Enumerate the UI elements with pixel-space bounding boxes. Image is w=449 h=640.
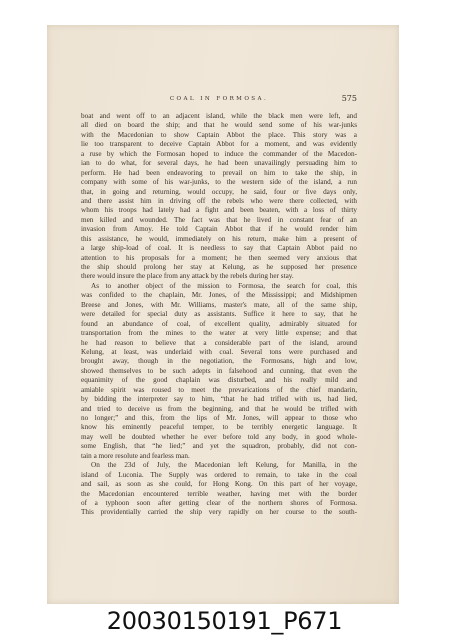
running-head: COAL IN FORMOSA. 575 bbox=[81, 95, 357, 107]
text-line: company with some of his war-junks, to t… bbox=[81, 178, 357, 187]
text-line: whom his troops had lately had a fight a… bbox=[81, 206, 357, 215]
text-line: brought away, though in the negotiation,… bbox=[81, 357, 357, 366]
scanned-book-page: COAL IN FORMOSA. 575 boat and went off t… bbox=[47, 25, 399, 604]
text-line: may well be doubted whether he ever befo… bbox=[81, 433, 357, 442]
image-caption-id: 20030150191_P671 bbox=[0, 606, 449, 636]
text-line: and there assist him in driving off the … bbox=[81, 197, 357, 206]
text-line: ian to do what, for several days, he had… bbox=[81, 159, 357, 168]
text-line: the ship should prolong her stay at Kelu… bbox=[81, 263, 357, 272]
text-line: Kelung, at least, was underlaid with coa… bbox=[81, 348, 357, 357]
text-line: found an abundance of coal, of excellent… bbox=[81, 320, 357, 329]
text-line: invasion from Amoy. He told Captain Abbo… bbox=[81, 225, 357, 234]
text-line: island of Luconia. The Supply was ordere… bbox=[81, 471, 357, 480]
text-line: no longer;” and this, from the lips of M… bbox=[81, 414, 357, 423]
text-line: know his eminently peaceful temper, to b… bbox=[81, 423, 357, 432]
text-line: men killed and wounded. The fact was tha… bbox=[81, 216, 357, 225]
text-line: amiable spirit was roused to meet the pr… bbox=[81, 386, 357, 395]
text-line: As to another object of the mission to F… bbox=[81, 282, 357, 291]
text-line: were detailed for special duty as assist… bbox=[81, 310, 357, 319]
text-line: Breese and Jones, with Mr. Williams, mas… bbox=[81, 301, 357, 310]
text-line: a large ship-load of coal. It is needles… bbox=[81, 244, 357, 253]
text-line: all died on board the ship; and that he … bbox=[81, 121, 357, 130]
text-line: boat and went off to an adjacent island,… bbox=[81, 112, 357, 121]
text-line: there would insure the place from any at… bbox=[81, 272, 357, 281]
text-line: On the 23d of July, the Macedonian left … bbox=[81, 461, 357, 470]
page-number: 575 bbox=[342, 94, 357, 103]
text-line: was confided to the chaplain, Mr. Jones,… bbox=[81, 291, 357, 300]
text-line: attention to his proposals for a moment;… bbox=[81, 254, 357, 263]
text-line: showed themselves to be such adepts in f… bbox=[81, 367, 357, 376]
text-line: lie too transparent to deceive Captain A… bbox=[81, 140, 357, 149]
text-line: equanimity of the good chaplain was dist… bbox=[81, 376, 357, 385]
running-title: COAL IN FORMOSA. bbox=[81, 96, 357, 102]
text-line: this assistance, he would, immediately o… bbox=[81, 235, 357, 244]
text-line: the Macedonian encountered terrible weat… bbox=[81, 490, 357, 499]
text-line: transportation from the mines to the wat… bbox=[81, 329, 357, 338]
text-line: that, in going and returning, would occu… bbox=[81, 188, 357, 197]
text-line: perform. He had been endeavoring to prev… bbox=[81, 169, 357, 178]
text-line: and tried to deceive us from the beginni… bbox=[81, 405, 357, 414]
text-line: a ruse by which the Formosan hoped to in… bbox=[81, 150, 357, 159]
text-line: and sail, as soon as she could, for Hong… bbox=[81, 480, 357, 489]
text-line: This providentially carried the ship ver… bbox=[81, 508, 357, 517]
body-text: boat and went off to an adjacent island,… bbox=[81, 112, 357, 518]
text-line: some English, that “he lied;” and yet th… bbox=[81, 442, 357, 451]
text-line: with the Macedonian to show Captain Abbo… bbox=[81, 131, 357, 140]
text-line: of a typhoon soon after getting clear of… bbox=[81, 499, 357, 508]
text-line: by bidding the interpreter say to him, “… bbox=[81, 395, 357, 404]
text-line: tain a more resolute and fearless man. bbox=[81, 452, 357, 461]
text-line: he had reason to believe that a consider… bbox=[81, 339, 357, 348]
